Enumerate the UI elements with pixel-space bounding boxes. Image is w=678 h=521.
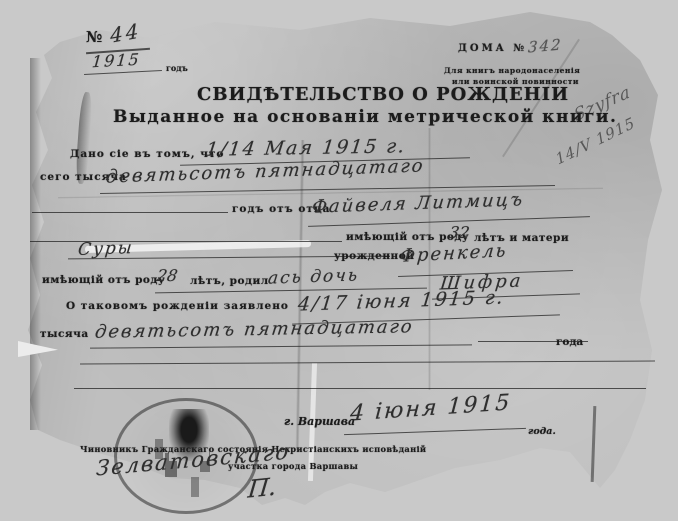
declared-label: О таковомъ рожденіи заявлено (66, 300, 289, 312)
house-number-value: 342 (528, 35, 563, 56)
document-title: СВИДѢТЕЛЬСТВО О РОЖДЕНІИ (197, 84, 569, 105)
birth-value: ась дочь (267, 265, 360, 288)
ruled-line (32, 212, 228, 213)
ruled-line (30, 241, 342, 242)
father-age-value: 32 (447, 223, 471, 242)
mother-name-value: Суры (77, 238, 135, 260)
birth-label: лѣтъ, родил (190, 275, 269, 287)
mother-age-value: 28 (155, 266, 179, 285)
signature-paraph: П. (247, 472, 278, 503)
issued-label: Дано сіе въ томъ, что (70, 148, 224, 160)
house-number-label: ДОМА № (458, 43, 527, 54)
ruled-line (74, 388, 646, 389)
registry-year-value: 1915 (91, 50, 141, 72)
paper-edge-shadow (30, 58, 41, 430)
book-note-line1: Для книгъ народонаселенія (444, 66, 580, 75)
declared-year-label-a: тысяча (40, 328, 89, 340)
document-subtitle: Выданное на основаніи метрической книги. (113, 107, 617, 127)
document-scan: № 44 1915 годъ ДОМА № 342 Для книгъ наро… (0, 0, 678, 521)
place-label: г. Варшава (284, 415, 355, 428)
official-title-2: участка города Варшавы (228, 461, 358, 471)
declared-year-label-b: года (556, 336, 583, 348)
footer-year-label: года. (528, 426, 556, 437)
mother-age-label-a: имѣющій отъ роду (42, 274, 165, 286)
registry-number-sign: № (86, 28, 102, 46)
registry-year-label: годъ (166, 63, 188, 73)
